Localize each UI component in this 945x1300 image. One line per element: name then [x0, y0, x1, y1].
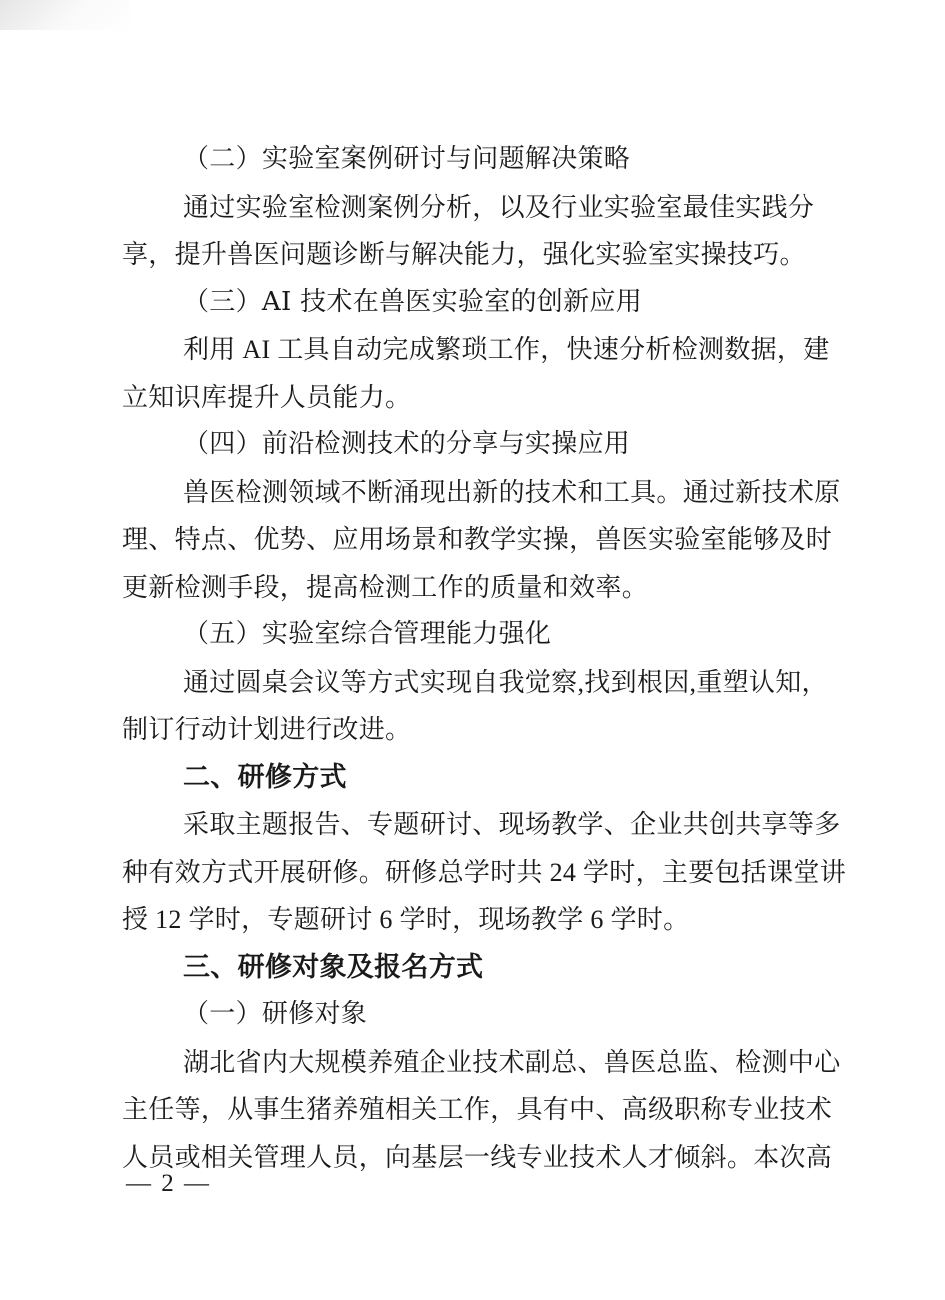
- body-text-line: 制订行动计划进行改进。: [122, 706, 820, 754]
- body-text-line: 更新检测手段，提高检测工作的质量和效率。: [122, 564, 820, 612]
- subsection-heading: （一）研修对象: [122, 991, 820, 1039]
- subsection-heading: （三）AI 技术在兽医实验室的创新应用: [122, 279, 820, 327]
- body-text-line: 通过圆桌会议等方式实现自我觉察,找到根因,重塑认知，: [122, 659, 820, 707]
- subsection-heading: （五）实验室综合管理能力强化: [122, 611, 820, 659]
- section-heading: 三、研修对象及报名方式: [122, 944, 820, 992]
- body-text-line: 利用 AI 工具自动完成繁琐工作，快速分析检测数据，建: [122, 326, 820, 374]
- text-block: （二）实验室案例研讨与问题解决策略通过实验室检测案例分析，以及行业实验室最佳实践…: [122, 136, 820, 1181]
- body-text-line: 授 12 学时，专题研讨 6 学时，现场教学 6 学时。: [122, 896, 820, 944]
- body-text-line: 享，提升兽医问题诊断与解决能力，强化实验室实操技巧。: [122, 231, 820, 279]
- body-text-line: 人员或相关管理人员，向基层一线专业技术人才倾斜。本次高: [122, 1134, 820, 1182]
- document-page: （二）实验室案例研讨与问题解决策略通过实验室检测案例分析，以及行业实验室最佳实践…: [0, 0, 945, 1300]
- body-text-line: 湖北省内大规模养殖企业技术副总、兽医总监、检测中心: [122, 1039, 820, 1087]
- subsection-heading: （四）前沿检测技术的分享与实操应用: [122, 421, 820, 469]
- subsection-heading: （二）实验室案例研讨与问题解决策略: [122, 136, 820, 184]
- body-text-line: 通过实验室检测案例分析，以及行业实验室最佳实践分: [122, 184, 820, 232]
- page-number: — 2 —: [126, 1160, 211, 1208]
- body-text-line: 种有效方式开展研修。研修总学时共 24 学时，主要包括课堂讲: [122, 849, 820, 897]
- section-heading: 二、研修方式: [122, 754, 820, 802]
- body-text-line: 立知识库提升人员能力。: [122, 374, 820, 422]
- body-text-line: 理、特点、优势、应用场景和教学实操，兽医实验室能够及时: [122, 516, 820, 564]
- body-text-line: 采取主题报告、专题研讨、现场教学、企业共创共享等多: [122, 801, 820, 849]
- body-text-line: 主任等，从事生猪养殖相关工作，具有中、高级职称专业技术: [122, 1086, 820, 1134]
- body-text-line: 兽医检测领域不断涌现出新的技术和工具。通过新技术原: [122, 469, 820, 517]
- scan-corner-shading: [0, 0, 130, 30]
